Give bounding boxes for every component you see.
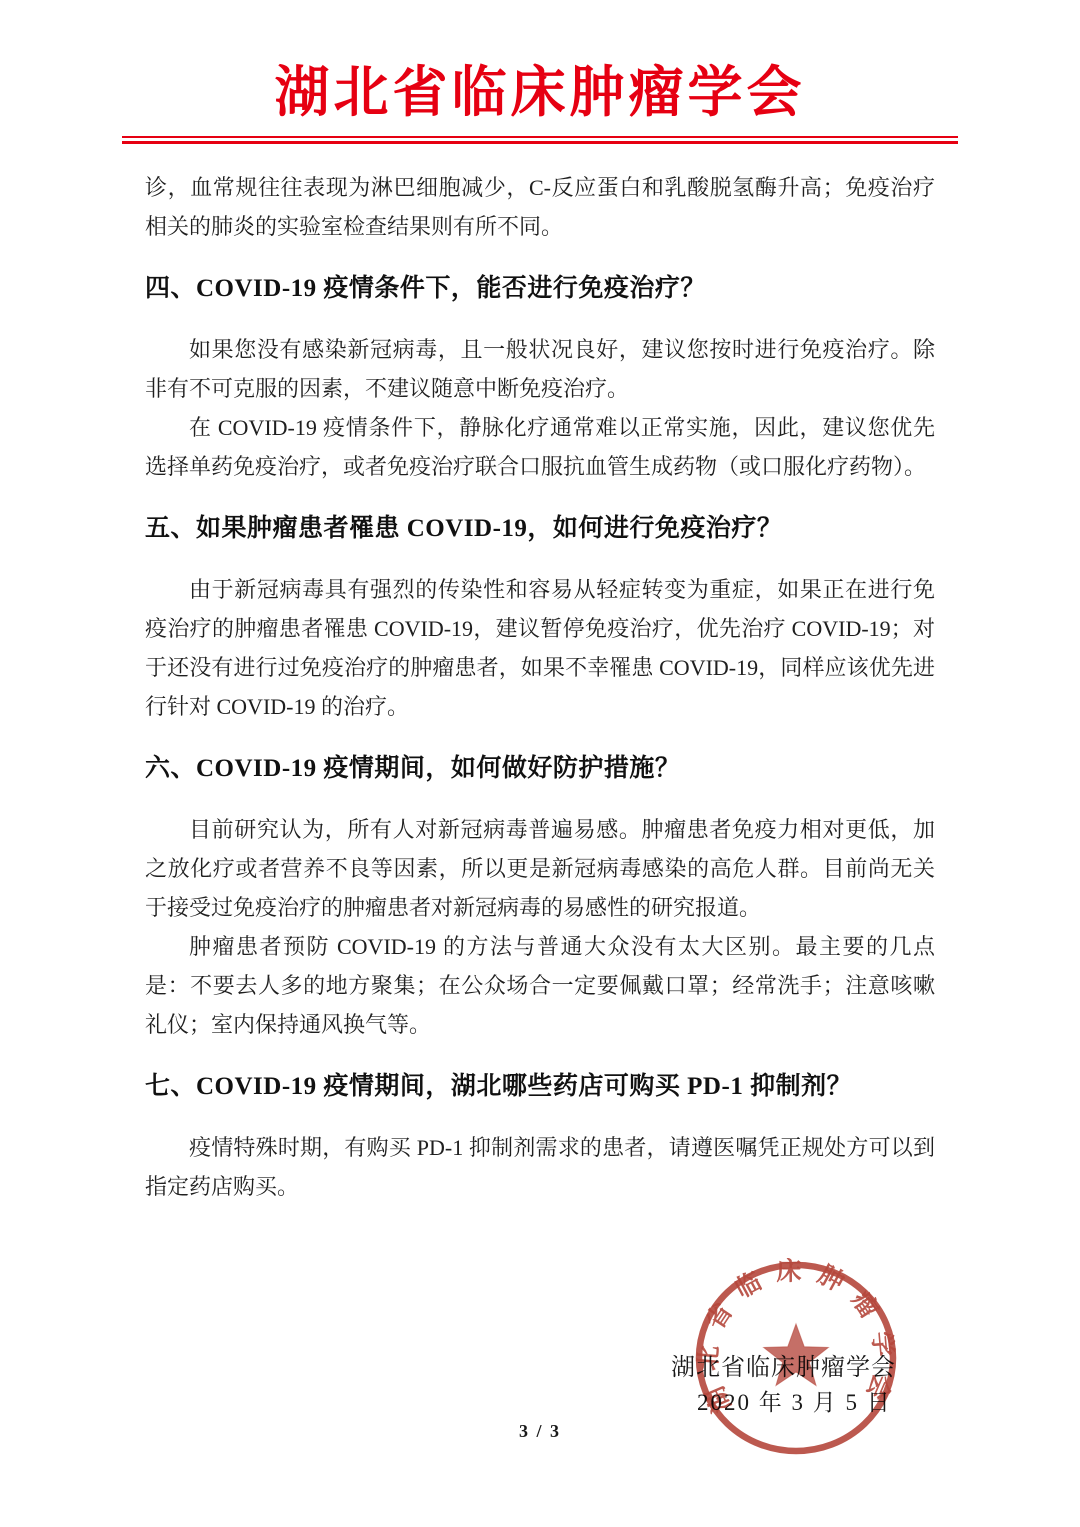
section-6-heading: 六、COVID-19 疫情期间，如何做好防护措施？ bbox=[145, 752, 935, 786]
section-4-paragraph-1: 如果您没有感染新冠病毒，且一般状况良好，建议您按时进行免疫治疗。除非有不可克服的… bbox=[145, 330, 935, 408]
signature-organization: 湖北省临床肿瘤学会 bbox=[671, 1347, 896, 1382]
section-7: 七、COVID-19 疫情期间，湖北哪些药店可购买 PD-1 抑制剂？ 疫情特殊… bbox=[145, 1070, 935, 1206]
page-number: 3 / 3 bbox=[0, 1421, 1080, 1442]
section-5: 五、如果肿瘤患者罹患 COVID-19，如何进行免疫治疗？ 由于新冠病毒具有强烈… bbox=[145, 512, 935, 726]
section-5-heading: 五、如果肿瘤患者罹患 COVID-19，如何进行免疫治疗？ bbox=[145, 512, 935, 546]
section-6-paragraph-1: 目前研究认为，所有人对新冠病毒普遍易感。肿瘤患者免疫力相对更低，加之放化疗或者营… bbox=[145, 810, 935, 927]
section-4: 四、COVID-19 疫情条件下，能否进行免疫治疗？ 如果您没有感染新冠病毒，且… bbox=[145, 272, 935, 486]
letterhead: 湖北省临床肿瘤学会 bbox=[0, 0, 1080, 144]
section-4-heading: 四、COVID-19 疫情条件下，能否进行免疫治疗？ bbox=[145, 272, 935, 306]
section-5-paragraph-1: 由于新冠病毒具有强烈的传染性和容易从轻症转变为重症，如果正在进行免疫治疗的肿瘤患… bbox=[145, 570, 935, 726]
section-4-paragraph-2: 在 COVID-19 疫情条件下，静脉化疗通常难以正常实施，因此，建议您优先选择… bbox=[145, 408, 935, 486]
section-6-paragraph-2: 肿瘤患者预防 COVID-19 的方法与普通大众没有太大区别。最主要的几点是：不… bbox=[145, 927, 935, 1044]
section-6: 六、COVID-19 疫情期间，如何做好防护措施？ 目前研究认为，所有人对新冠病… bbox=[145, 752, 935, 1044]
document-body: 诊，血常规往往表现为淋巴细胞减少，C-反应蛋白和乳酸脱氢酶升高；免疫治疗相关的肺… bbox=[145, 168, 935, 1206]
signature-date: 2020 年 3 月 5 日 bbox=[697, 1384, 892, 1417]
letterhead-divider bbox=[122, 136, 958, 144]
document-page: { "header": { "title": "湖北省临床肿瘤学会" }, "c… bbox=[0, 0, 1080, 1527]
section-7-heading: 七、COVID-19 疫情期间，湖北哪些药店可购买 PD-1 抑制剂？ bbox=[145, 1070, 935, 1104]
section-7-paragraph-1: 疫情特殊时期，有购买 PD-1 抑制剂需求的患者，请遵医嘱凭正规处方可以到指定药… bbox=[145, 1128, 935, 1206]
continuation-paragraph: 诊，血常规往往表现为淋巴细胞减少，C-反应蛋白和乳酸脱氢酶升高；免疫治疗相关的肺… bbox=[145, 168, 935, 246]
organization-title: 湖北省临床肿瘤学会 bbox=[0, 62, 1080, 124]
